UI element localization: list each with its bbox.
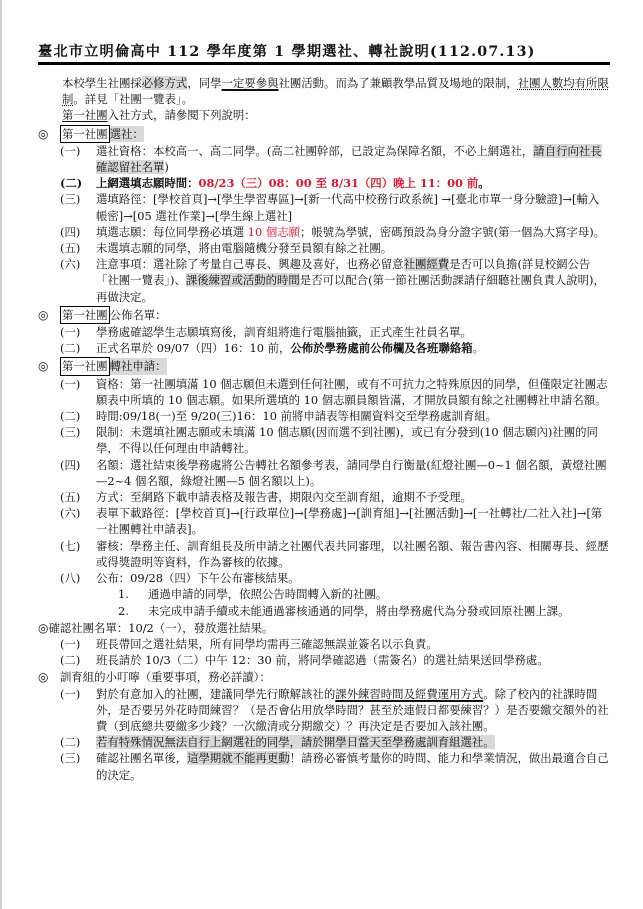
item-text: 學務處確認學生志願填寫後，訓育組將進行電腦抽籤，正式產生社員名單。 [96,324,610,340]
double-circle-icon: ◎ [38,669,60,685]
list-item: (七)審核：學務主任、訓育組長及所申請之社團代表共同審理，以社團名額、報告書內容… [38,538,610,570]
section-heading: 轉社申請： [110,358,167,374]
item-highlight: 課後練習或活動的時間 [186,273,300,287]
section-heading-select: ◎ 第一社團選社： [38,125,610,143]
item-number: (六) [60,256,96,305]
item-text: 資格：第一社團填滿 10 個志願但未選到任何社團，或有不可抗力之特殊原因的同學，… [96,376,610,408]
item-text: 公布：09/28（四）下午公布審核結果。 [96,570,610,586]
list-item: (六)表單下載路徑：[學校首頁]→[行政單位]→[學務處]→[訓育組]→[社團活… [38,505,610,537]
item-text: 方式：至網路下載申請表格及報告書，期限內交至訓育組，逾期不予受理。 [96,489,610,505]
item-highlight: 這學期就不能再更動 [187,751,290,765]
item-number: (三) [60,424,96,456]
item-text: 填選志願：每位同學務必填選 [96,225,248,239]
list-item: (二)若有特殊情況無法自行上網選社的同學，請於開學日當天至學務處訓育組選社。 [38,734,610,750]
list-item: (二)時間:09/18(一)至 9/20(三)16：10 前將申請表等相關資料交… [38,408,610,424]
item-number: (二) [60,408,96,424]
item-number: (二) [60,734,96,750]
list-item: (一)學務處確認學生志願填寫後，訓育組將進行電腦抽籤，正式產生社員名單。 [38,324,610,340]
item-number: (五) [60,240,96,256]
intro-text: ，同學 [187,76,221,90]
page-left-edge [0,0,2,909]
section-heading-confirm: ◎確認社團名單：10/2（一），發放選社結果。 [38,620,610,636]
sub-item-number: 2. [118,603,148,619]
item-number: (一) [60,376,96,408]
section-heading: 選社： [110,126,144,142]
list-item: (一)資格：第一社團填滿 10 個志願但未選到任何社團，或有不可抗力之特殊原因的… [38,376,610,408]
item-number: (一) [60,324,96,340]
list-item: (三)確認社團名單後，這學期就不能再更動！請務必審慎考量你的時間、能力和學業情況… [38,750,610,782]
list-item: (三)選填路徑：[學校首頁]→[學生學習專區]→[新一代高中校務行政系統] →[… [38,191,610,223]
section-heading: 訓育組的小叮嚀（重要事項，務必詳讀）： [60,669,271,685]
list-item: (一)班長帶回之選社結果，所有同學均需再三確認無誤並簽名以示負責。 [38,636,610,652]
list-item: (二)上網選填志願時間：08/23（三）08：00 至 8/31（四）晚上 11… [38,175,610,191]
item-bold-text: 公佈於學務處前公佈欄及各班聯絡箱 [290,341,472,355]
item-number: (一) [60,143,96,175]
double-circle-icon: ◎ [38,126,60,142]
list-item: (六)注意事項：選社除了考量自己專長、興趣及喜好，也務必留意社團經費是否可以負擔… [38,256,610,305]
section-heading: 公佈名單： [110,307,167,323]
list-item: (二)班長請於 10/3（二）中午 12：30 前，將同學確認過（需簽名）的選社… [38,652,610,668]
item-text: 班長請於 10/3（二）中午 12：30 前，將同學確認過（需簽名）的選社結果送… [96,652,610,668]
intro-underline: 一定要參與 [222,76,279,90]
intro-text: 入社方式，請參閱下列說明： [108,108,256,122]
document-title: 臺北市立明倫高中 112 學年度第 1 學期選社、轉社說明(112.07.13) [38,44,610,65]
list-item: (五)未選填志願的同學，將由電腦隨機分發至員額有餘之社團。 [38,240,610,256]
item-highlight: 若有特殊情況無法自行上網選社的同學，請於開學日當天至學務處訓育組選社。 [96,735,495,749]
intro-text: 本校學生社團採 [62,76,142,90]
item-number: (六) [60,505,96,537]
intro-highlight: 必修方式 [142,76,188,90]
double-circle-icon: ◎ [38,307,60,323]
sub-item-text: 通過申請的同學，依照公告時間轉入新的社團。 [148,586,387,602]
list-item: (四)名額：選社結束後學務處將公告轉社名額參考表，請同學自行衡量(紅燈社團—0~… [38,457,610,489]
item-number: (二) [60,652,96,668]
item-number: (三) [60,191,96,223]
item-text: 班長帶回之選社結果，所有同學均需再三確認無誤並簽名以示負責。 [96,636,610,652]
item-number: (二) [60,340,96,356]
item-text: ) [164,160,168,174]
intro-text: 。詳見「社團一覽表」。 [73,92,193,106]
item-red-text: 10 個志願 [248,225,300,239]
item-text: 。 [478,176,489,190]
item-text: 。 [473,341,484,355]
item-number: (五) [60,489,96,505]
item-text: 限制：未選填社團志願或未填滿 10 個志願(因而選不到社團)，或已有分發到(10… [96,424,610,456]
item-number: (四) [60,457,96,489]
intro-text: 社團活動。而為了兼顧教學品質及場地的限制， [278,76,517,90]
list-item: (四)填選志願：每位同學務必填選 10 個志願；帳號為學號，密碼預設為身分證字號… [38,224,610,240]
item-text: 對於有意加入的社團，建議同學先行瞭解該社的 [96,687,335,701]
boxed-label: 第一社團 [60,357,110,375]
section-heading-announce: ◎ 第一社團公佈名單： [38,306,610,324]
item-number: (七) [60,538,96,570]
item-text: ；帳號為學號，密碼預設為身分證字號(第一個為大寫字母)。 [300,225,605,239]
list-item: (三)限制：未選填社團志願或未填滿 10 個志願(因而選不到社團)，或已有分發到… [38,424,610,456]
boxed-label: 第一社團 [60,306,110,324]
sub-list-item: 1.通過申請的同學，依照公告時間轉入新的社團。 [38,586,610,602]
list-item: (一)選社資格：本校高一、高二同學。(高二社團幹部，已設定為保障名額，不必上網選… [38,143,610,175]
section-heading-transfer: ◎ 第一社團轉社申請： [38,357,610,375]
item-text: 未選填志願的同學，將由電腦隨機分發至員額有餘之社團。 [96,240,610,256]
sub-item-number: 1. [118,586,148,602]
boxed-label: 第一社團 [60,125,110,143]
item-text: 選社資格：本校高一、高二同學。(高二社團幹部，已設定為保障名額，不必上網選社， [96,144,533,158]
item-text: 時間:09/18(一)至 9/20(三)16：10 前將申請表等相關資料交至學務… [96,408,610,424]
intro-paragraph: 本校學生社團採必修方式，同學一定要參與社團活動。而為了兼顧教學品質及場地的限制，… [38,75,610,107]
double-circle-icon: ◎ [38,620,48,636]
item-underline: 課外練習時間及經費運用方式 [335,687,483,701]
list-item: (五)方式：至網路下載申請表格及報告書，期限內交至訓育組，逾期不予受理。 [38,489,610,505]
item-text: 正式名單於 09/07（四）16：10 前， [96,341,290,355]
item-text: 注意事項：選社除了考量自己專長、興趣及喜好，也務必留意 [96,257,404,271]
item-text: 表單下載路徑：[學校首頁]→[行政單位]→[學務處]→[訓育組]→[社團活動]→… [96,505,610,537]
item-text: 選填路徑：[學校首頁]→[學生學習專區]→[新一代高中校務行政系統] →[臺北市… [96,191,610,223]
item-text: 審核：學務主任、訓育組長及所申請之社團代表共同審理，以社團名額、報告書內容、相關… [96,538,610,570]
list-item: (二)正式名單於 09/07（四）16：10 前，公佈於學務處前公佈欄及各班聯絡… [38,340,610,356]
item-highlight: 社團經費 [404,257,450,271]
item-number: (三) [60,750,96,782]
intro-underline: 第一社團 [62,108,108,122]
list-item: (八)公布：09/28（四）下午公布審核結果。 [38,570,610,586]
list-item: (一)對於有意加入的社團，建議同學先行瞭解該社的課外練習時間及經費運用方式。除了… [38,686,610,735]
item-number: (八) [60,570,96,586]
item-number: (一) [60,686,96,735]
item-text: 上網選填志願時間： [96,176,199,190]
intro-paragraph-2: 第一社團入社方式，請參閱下列說明： [38,107,610,123]
item-text: 確認社團名單後， [96,751,187,765]
sub-list-item: 2.未完成申請手續或未能通過審核通過的同學，將由學務處代為分發或回原社團上課。 [38,603,610,619]
section-heading: 確認社團名單：10/2（一），發放選社結果。 [48,620,273,636]
item-number: (四) [60,224,96,240]
document-page: 臺北市立明倫高中 112 學年度第 1 學期選社、轉社說明(112.07.13)… [38,44,610,783]
sub-item-text: 未完成申請手續或未能通過審核通過的同學，將由學務處代為分發或回原社團上課。 [148,603,569,619]
item-text: 名額：選社結束後學務處將公告轉社名額參考表，請同學自行衡量(紅燈社團—0~1 個… [96,457,610,489]
item-number: (二) [60,175,96,191]
double-circle-icon: ◎ [38,358,60,374]
item-red-text: 08/23（三）08：00 至 8/31（四）晚上 11：00 前 [199,176,479,190]
item-number: (一) [60,636,96,652]
section-heading-reminders: ◎訓育組的小叮嚀（重要事項，務必詳讀）： [38,669,610,685]
